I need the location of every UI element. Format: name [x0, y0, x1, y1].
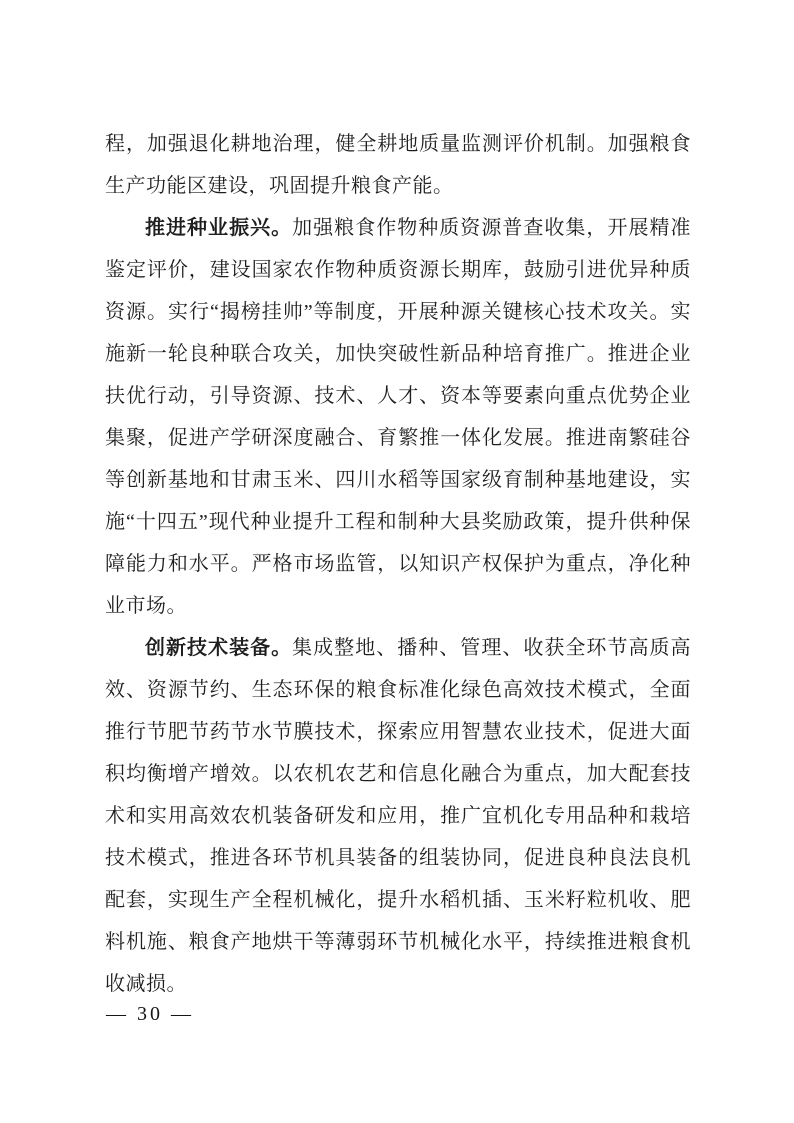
- paragraph-text: 集成整地、播种、管理、收获全环节高质高效、资源节约、生态环保的粮食标准化绿色高效…: [105, 637, 691, 995]
- paragraph-seed-industry: 推进种业振兴。加强粮食作物种质资源普查收集，开展精准鉴定评价，建设国家农作物种质…: [105, 207, 691, 627]
- paragraph-technology-equipment: 创新技术装备。集成整地、播种、管理、收获全环节高质高效、资源节约、生态环保的粮食…: [105, 627, 691, 1005]
- paragraph-lead: 创新技术装备。: [145, 637, 292, 659]
- paragraph-continuation: 程，加强退化耕地治理，健全耕地质量监测评价机制。加强粮食生产功能区建设，巩固提升…: [105, 123, 691, 207]
- paragraph-lead: 推进种业振兴。: [145, 217, 292, 239]
- document-page: 程，加强退化耕地治理，健全耕地质量监测评价机制。加强粮食生产功能区建设，巩固提升…: [0, 0, 794, 1123]
- paragraph-text: 加强粮食作物种质资源普查收集，开展精准鉴定评价，建设国家农作物种质资源长期库，鼓…: [105, 217, 691, 617]
- paragraph-text: 程，加强退化耕地治理，健全耕地质量监测评价机制。加强粮食生产功能区建设，巩固提升…: [105, 133, 691, 197]
- page-number: — 30 —: [106, 1001, 194, 1027]
- document-body: 程，加强退化耕地治理，健全耕地质量监测评价机制。加强粮食生产功能区建设，巩固提升…: [105, 123, 691, 1005]
